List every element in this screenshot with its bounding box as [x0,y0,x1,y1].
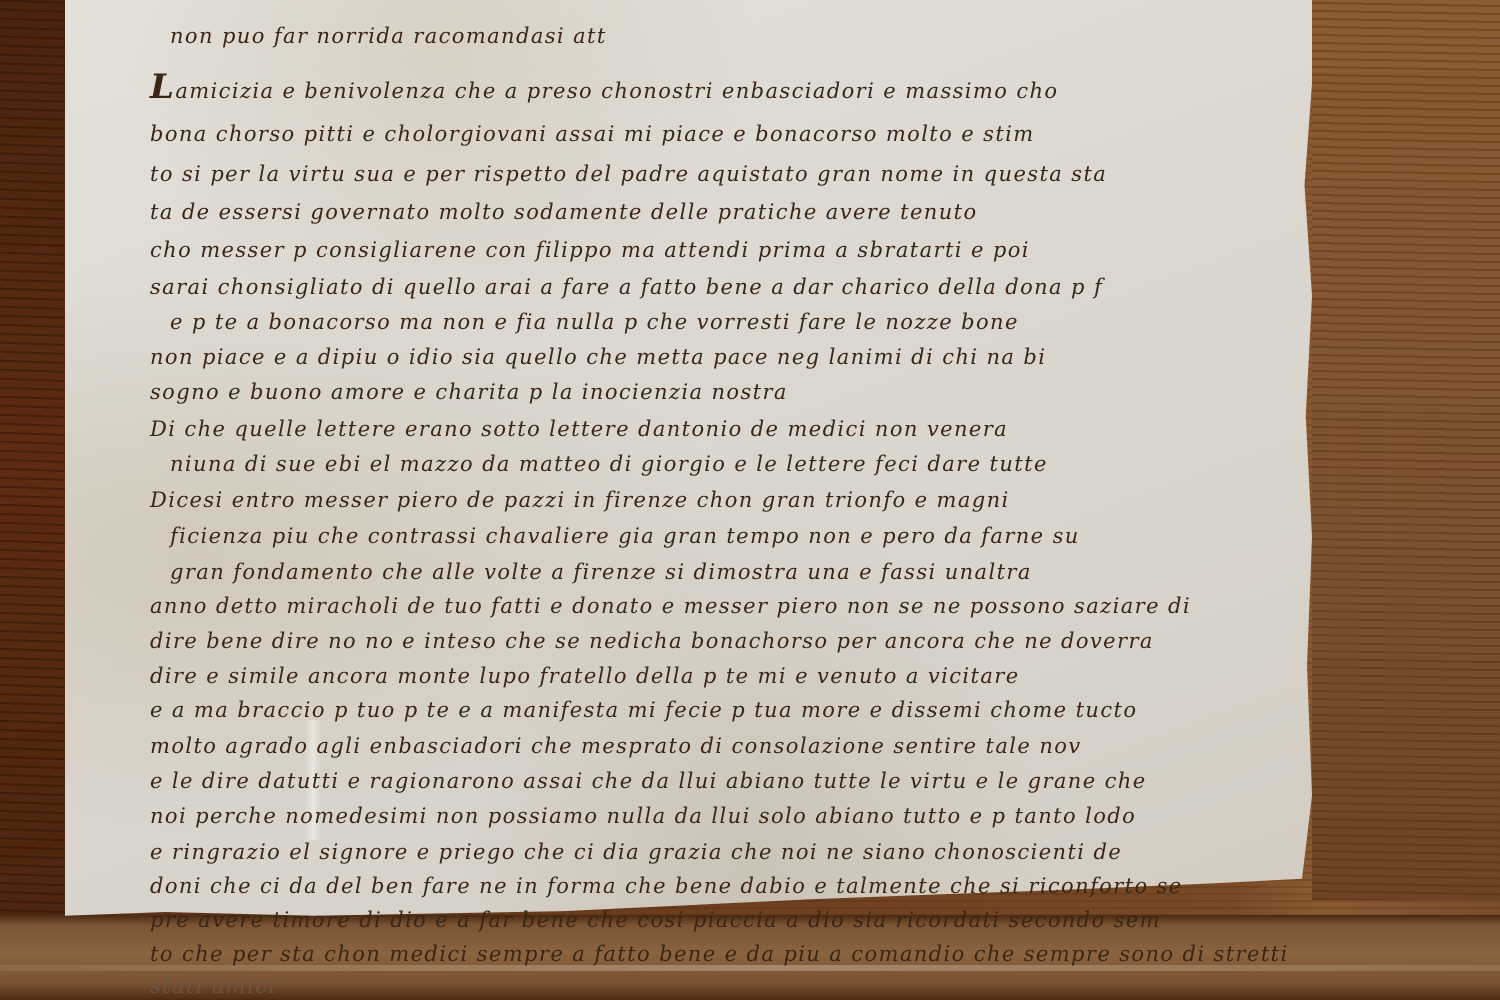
line-text: amicizia e benivolenza che a preso chono… [175,79,1058,103]
manuscript-line: e le dire datutti e ragionarono assai ch… [150,769,1147,793]
line-text: e ringrazio el signore e priego che ci d… [150,840,1122,864]
line-text: bona chorso pitti e cholorgiovani assai … [150,122,1035,146]
manuscript-line: ficienza piu che contrassi chavaliere gi… [170,524,1080,548]
line-text: noi perche nomedesimi non possiamo nulla… [150,804,1136,828]
manuscript-line: sogno e buono amore e charita p la inoci… [150,380,788,404]
line-text: e p te a bonacorso ma non e fia nulla p … [170,310,1019,334]
line-text: pre avere timore di dio e a far bene che… [150,908,1161,932]
manuscript-line: niuna di sue ebi el mazzo da matteo di g… [170,452,1048,476]
manuscript-line: anno detto miracholi de tuo fatti e dona… [150,594,1191,618]
manuscript-line: bona chorso pitti e cholorgiovani assai … [150,122,1035,146]
manuscript-line: Lamicizia e benivolenza che a preso chon… [150,67,1058,107]
manuscript-line: stati amici [150,974,277,998]
manuscript-line: e a ma braccio p tuo p te e a manifesta … [150,698,1137,722]
manuscript-line: molto agrado agli enbasciadori che mespr… [150,734,1082,758]
wood-background-left [0,0,65,920]
manuscript-line: non puo far norrida racomandasi att [170,24,607,48]
line-text: Di che quelle lettere erano sotto letter… [150,417,1008,441]
decorated-initial: L [150,67,175,107]
line-text: dire e simile ancora monte lupo fratello… [150,664,1020,688]
line-text: molto agrado agli enbasciadori che mespr… [150,734,1082,758]
line-text: e a ma braccio p tuo p te e a manifesta … [150,698,1137,722]
manuscript-line: gran fondamento che alle volte a firenze… [170,560,1032,584]
line-text: gran fondamento che alle volte a firenze… [170,560,1032,584]
manuscript-line: e ringrazio el signore e priego che ci d… [150,840,1122,864]
line-text: stati amici [150,974,277,998]
line-text: ficienza piu che contrassi chavaliere gi… [170,524,1080,548]
line-text: sogno e buono amore e charita p la inoci… [150,380,788,404]
manuscript-line: Di che quelle lettere erano sotto letter… [150,417,1008,441]
line-text: cho messer p consigliarene con filippo m… [150,238,1030,262]
manuscript-line: doni che ci da del ben fare ne in forma … [150,874,1183,898]
line-text: doni che ci da del ben fare ne in forma … [150,874,1183,898]
line-text: dire bene dire no no e inteso che se ned… [150,629,1154,653]
line-text: ta de essersi governato molto sodamente … [150,200,978,224]
manuscript-line: to che per sta chon medici sempre a fatt… [150,942,1289,966]
line-text: to si per la virtu sua e per rispetto de… [150,162,1107,186]
line-text: anno detto miracholi de tuo fatti e dona… [150,594,1191,618]
manuscript-line: ta de essersi governato molto sodamente … [150,200,978,224]
manuscript-line: e p te a bonacorso ma non e fia nulla p … [170,310,1019,334]
line-text: non puo far norrida racomandasi att [170,24,607,48]
manuscript-line: dire e simile ancora monte lupo fratello… [150,664,1020,688]
line-text: niuna di sue ebi el mazzo da matteo di g… [170,452,1048,476]
line-text: e le dire datutti e ragionarono assai ch… [150,769,1147,793]
line-text: non piace e a dipiu o idio sia quello ch… [150,345,1046,369]
wood-background-right [1312,0,1500,900]
manuscript-line: sarai chonsigliato di quello arai a fare… [150,275,1103,299]
manuscript-line: cho messer p consigliarene con filippo m… [150,238,1030,262]
line-text: Dicesi entro messer piero de pazzi in fi… [150,488,1010,512]
manuscript-line: non piace e a dipiu o idio sia quello ch… [150,345,1046,369]
line-text: sarai chonsigliato di quello arai a fare… [150,275,1103,299]
manuscript-line: pre avere timore di dio e a far bene che… [150,908,1161,932]
manuscript-line: noi perche nomedesimi non possiamo nulla… [150,804,1136,828]
manuscript-line: dire bene dire no no e inteso che se ned… [150,629,1154,653]
manuscript-line: to si per la virtu sua e per rispetto de… [150,162,1107,186]
manuscript-line: Dicesi entro messer piero de pazzi in fi… [150,488,1010,512]
line-text: to che per sta chon medici sempre a fatt… [150,942,1289,966]
